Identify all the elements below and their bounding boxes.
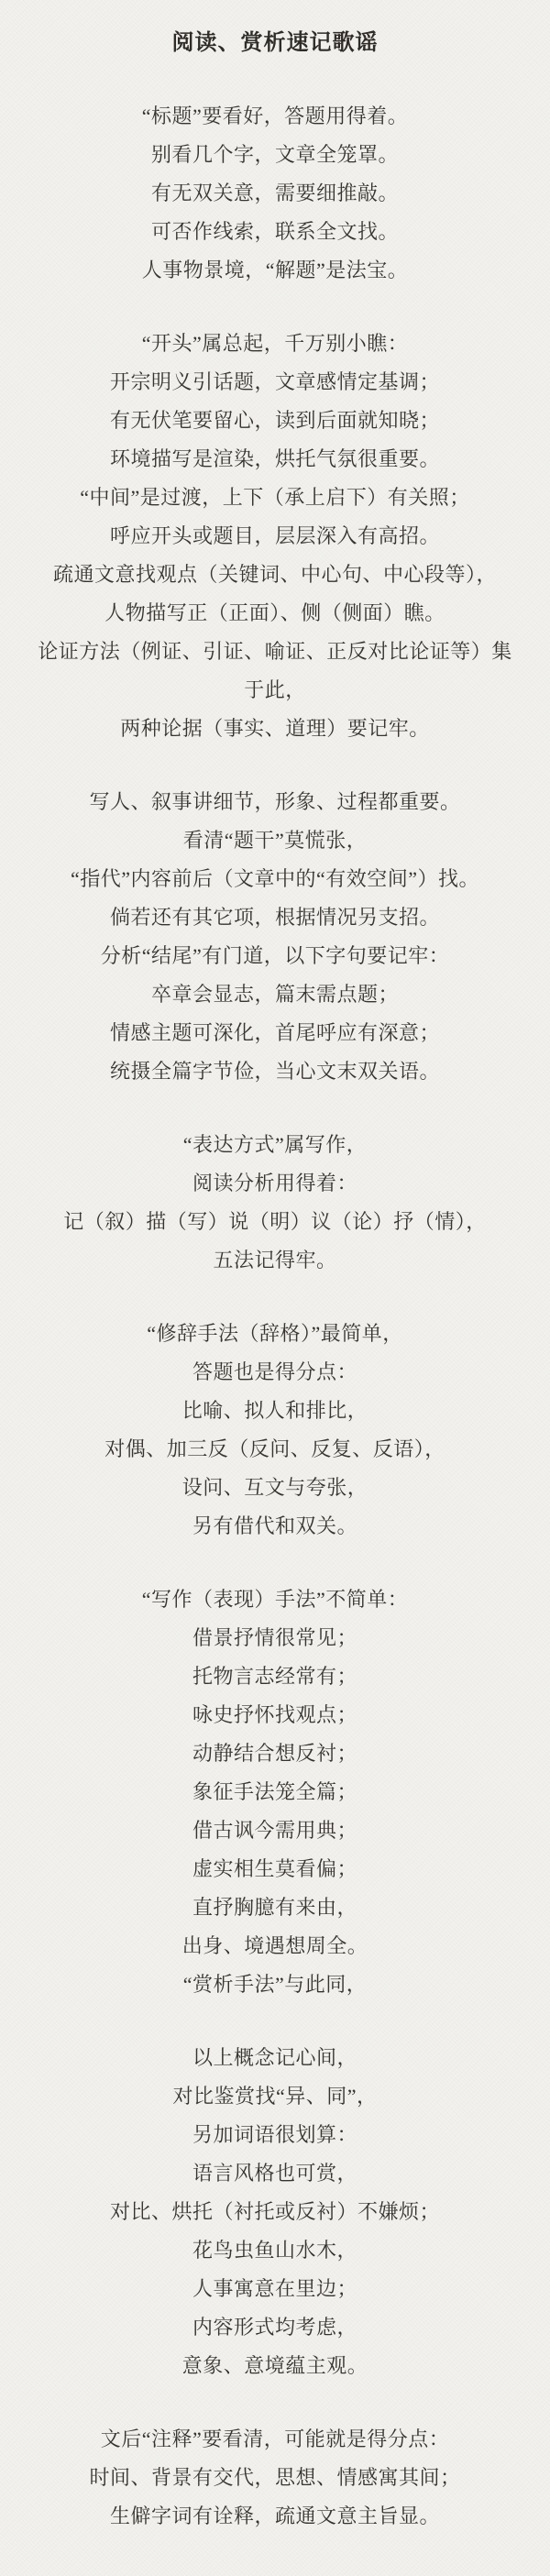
poem-line: 虚实相生莫看偏； (9, 1850, 541, 1888)
poem-line: 环境描写是渲染，烘托气氛很重要。 (9, 440, 541, 479)
poem-line: “开头”属总起，千万别小瞧： (9, 325, 541, 363)
poem-line: 两种论据（事实、道理）要记牢。 (9, 710, 541, 748)
poem-line: “标题”要看好，答题用得着。 (9, 97, 541, 136)
poem-line: 有无双关意，需要细推敲。 (9, 174, 541, 213)
poem-line: 设问、互文与夸张， (9, 1469, 541, 1507)
poem-line: 意象、意境蕴主观。 (9, 2347, 541, 2385)
poem-line: 五法记得牢。 (9, 1241, 541, 1280)
poem-line: 疏通文意找观点（关键词、中心句、中心段等）， (9, 556, 541, 594)
poem-line: 倘若还有其它项，根据情况另支招。 (9, 898, 541, 937)
poem-line: 文后“注释”要看清，可能就是得分点： (9, 2420, 541, 2459)
poem-line: “指代”内容前后（文章中的“有效空间”）找。 (9, 860, 541, 898)
poem-line: 于此， (9, 671, 541, 710)
poem-line: 对比鉴赏找“异、同”， (9, 2077, 541, 2116)
poem-line: 直抒胸臆有来由， (9, 1888, 541, 1927)
poem-line: 统摄全篇字节俭，当心文末双关语。 (9, 1052, 541, 1091)
poem-stanza: 以上概念记心间，对比鉴赏找“异、同”，另加词语很划算：语言风格也可赏，对比、烘托… (9, 2039, 541, 2385)
poem-line: 卒章会显志，篇末需点题； (9, 975, 541, 1014)
poem-line: 别看几个字，文章全笼罩。 (9, 136, 541, 174)
poem-line: 对偶、加三反（反问、反复、反语）， (9, 1430, 541, 1469)
poem-stanza: 文后“注释”要看清，可能就是得分点：时间、背景有交代，思想、情感寓其间；生僻字词… (9, 2420, 541, 2536)
poem-stanza: “标题”要看好，答题用得着。别看几个字，文章全笼罩。有无双关意，需要细推敲。可否… (9, 97, 541, 290)
poem-line: 另有借代和双关。 (9, 1507, 541, 1546)
poem-stanza: “写作（表现）手法”不简单：借景抒情很常见；托物言志经常有；咏史抒怀找观点；动静… (9, 1580, 541, 2004)
poem-line: 有无伏笔要留心，读到后面就知晓； (9, 402, 541, 440)
poem-line: 出身、境遇想周全。 (9, 1927, 541, 1965)
poem-line: 咏史抒怀找观点； (9, 1696, 541, 1734)
poem-body: “标题”要看好，答题用得着。别看几个字，文章全笼罩。有无双关意，需要细推敲。可否… (9, 97, 541, 2536)
poem-line: “赏析手法”与此同， (9, 1965, 541, 2004)
poem-line: 论证方法（例证、引证、喻证、正反对比论证等）集 (9, 633, 541, 671)
poem-line: 借景抒情很常见； (9, 1619, 541, 1657)
poem-line: 对比、烘托（衬托或反衬）不嫌烦； (9, 2193, 541, 2231)
poem-line: 以上概念记心间， (9, 2039, 541, 2077)
poem-line: 花鸟虫鱼山水木， (9, 2231, 541, 2270)
poem-line: 人物描写正（正面）、侧（侧面）瞧。 (9, 594, 541, 633)
poem-stanza: 写人、叙事讲细节，形象、过程都重要。看清“题干”莫慌张，“指代”内容前后（文章中… (9, 783, 541, 1091)
poem-line: 答题也是得分点： (9, 1353, 541, 1392)
poem-stanza: “开头”属总起，千万别小瞧：开宗明义引话题，文章感情定基调；有无伏笔要留心，读到… (9, 325, 541, 748)
poem-line: 人事物景境，“解题”是法宝。 (9, 251, 541, 290)
poem-line: 象征手法笼全篇； (9, 1773, 541, 1811)
poem-line: 借古讽今需用典； (9, 1811, 541, 1850)
poem-line: 开宗明义引话题，文章感情定基调； (9, 363, 541, 402)
poem-stanza: “表达方式”属写作，阅读分析用得着：记（叙）描（写）说（明）议（论）抒（情），五… (9, 1126, 541, 1280)
poem-line: 动静结合想反衬； (9, 1734, 541, 1773)
poem-line: “表达方式”属写作， (9, 1126, 541, 1164)
page-title: 阅读、赏析速记歌谣 (9, 28, 541, 59)
poem-line: 比喻、拟人和排比， (9, 1392, 541, 1430)
poem-line: “修辞手法（辞格）”最简单， (9, 1315, 541, 1353)
poem-stanza: “修辞手法（辞格）”最简单，答题也是得分点：比喻、拟人和排比，对偶、加三反（反问… (9, 1315, 541, 1546)
poem-line: “写作（表现）手法”不简单： (9, 1580, 541, 1619)
poem-line: “中间”是过渡，上下（承上启下）有关照； (9, 479, 541, 517)
poem-line: 情感主题可深化，首尾呼应有深意； (9, 1014, 541, 1052)
poem-line: 阅读分析用得着： (9, 1164, 541, 1203)
poem-line: 呼应开头或题目，层层深入有高招。 (9, 517, 541, 556)
poem-line: 分析“结尾”有门道，以下字句要记牢： (9, 937, 541, 975)
poem-line: 内容形式均考虑， (9, 2308, 541, 2347)
poem-line: 另加词语很划算： (9, 2116, 541, 2154)
poem-line: 生僻字词有诠释，疏通文意主旨显。 (9, 2497, 541, 2536)
poem-line: 语言风格也可赏， (9, 2154, 541, 2193)
poem-line: 写人、叙事讲细节，形象、过程都重要。 (9, 783, 541, 821)
document-page: 阅读、赏析速记歌谣 “标题”要看好，答题用得着。别看几个字，文章全笼罩。有无双关… (0, 0, 550, 2572)
poem-line: 记（叙）描（写）说（明）议（论）抒（情）， (9, 1203, 541, 1241)
poem-line: 人事寓意在里边； (9, 2270, 541, 2308)
poem-line: 托物言志经常有； (9, 1657, 541, 1696)
poem-line: 看清“题干”莫慌张， (9, 821, 541, 860)
poem-line: 可否作线索，联系全文找。 (9, 213, 541, 251)
poem-line: 时间、背景有交代，思想、情感寓其间； (9, 2459, 541, 2497)
